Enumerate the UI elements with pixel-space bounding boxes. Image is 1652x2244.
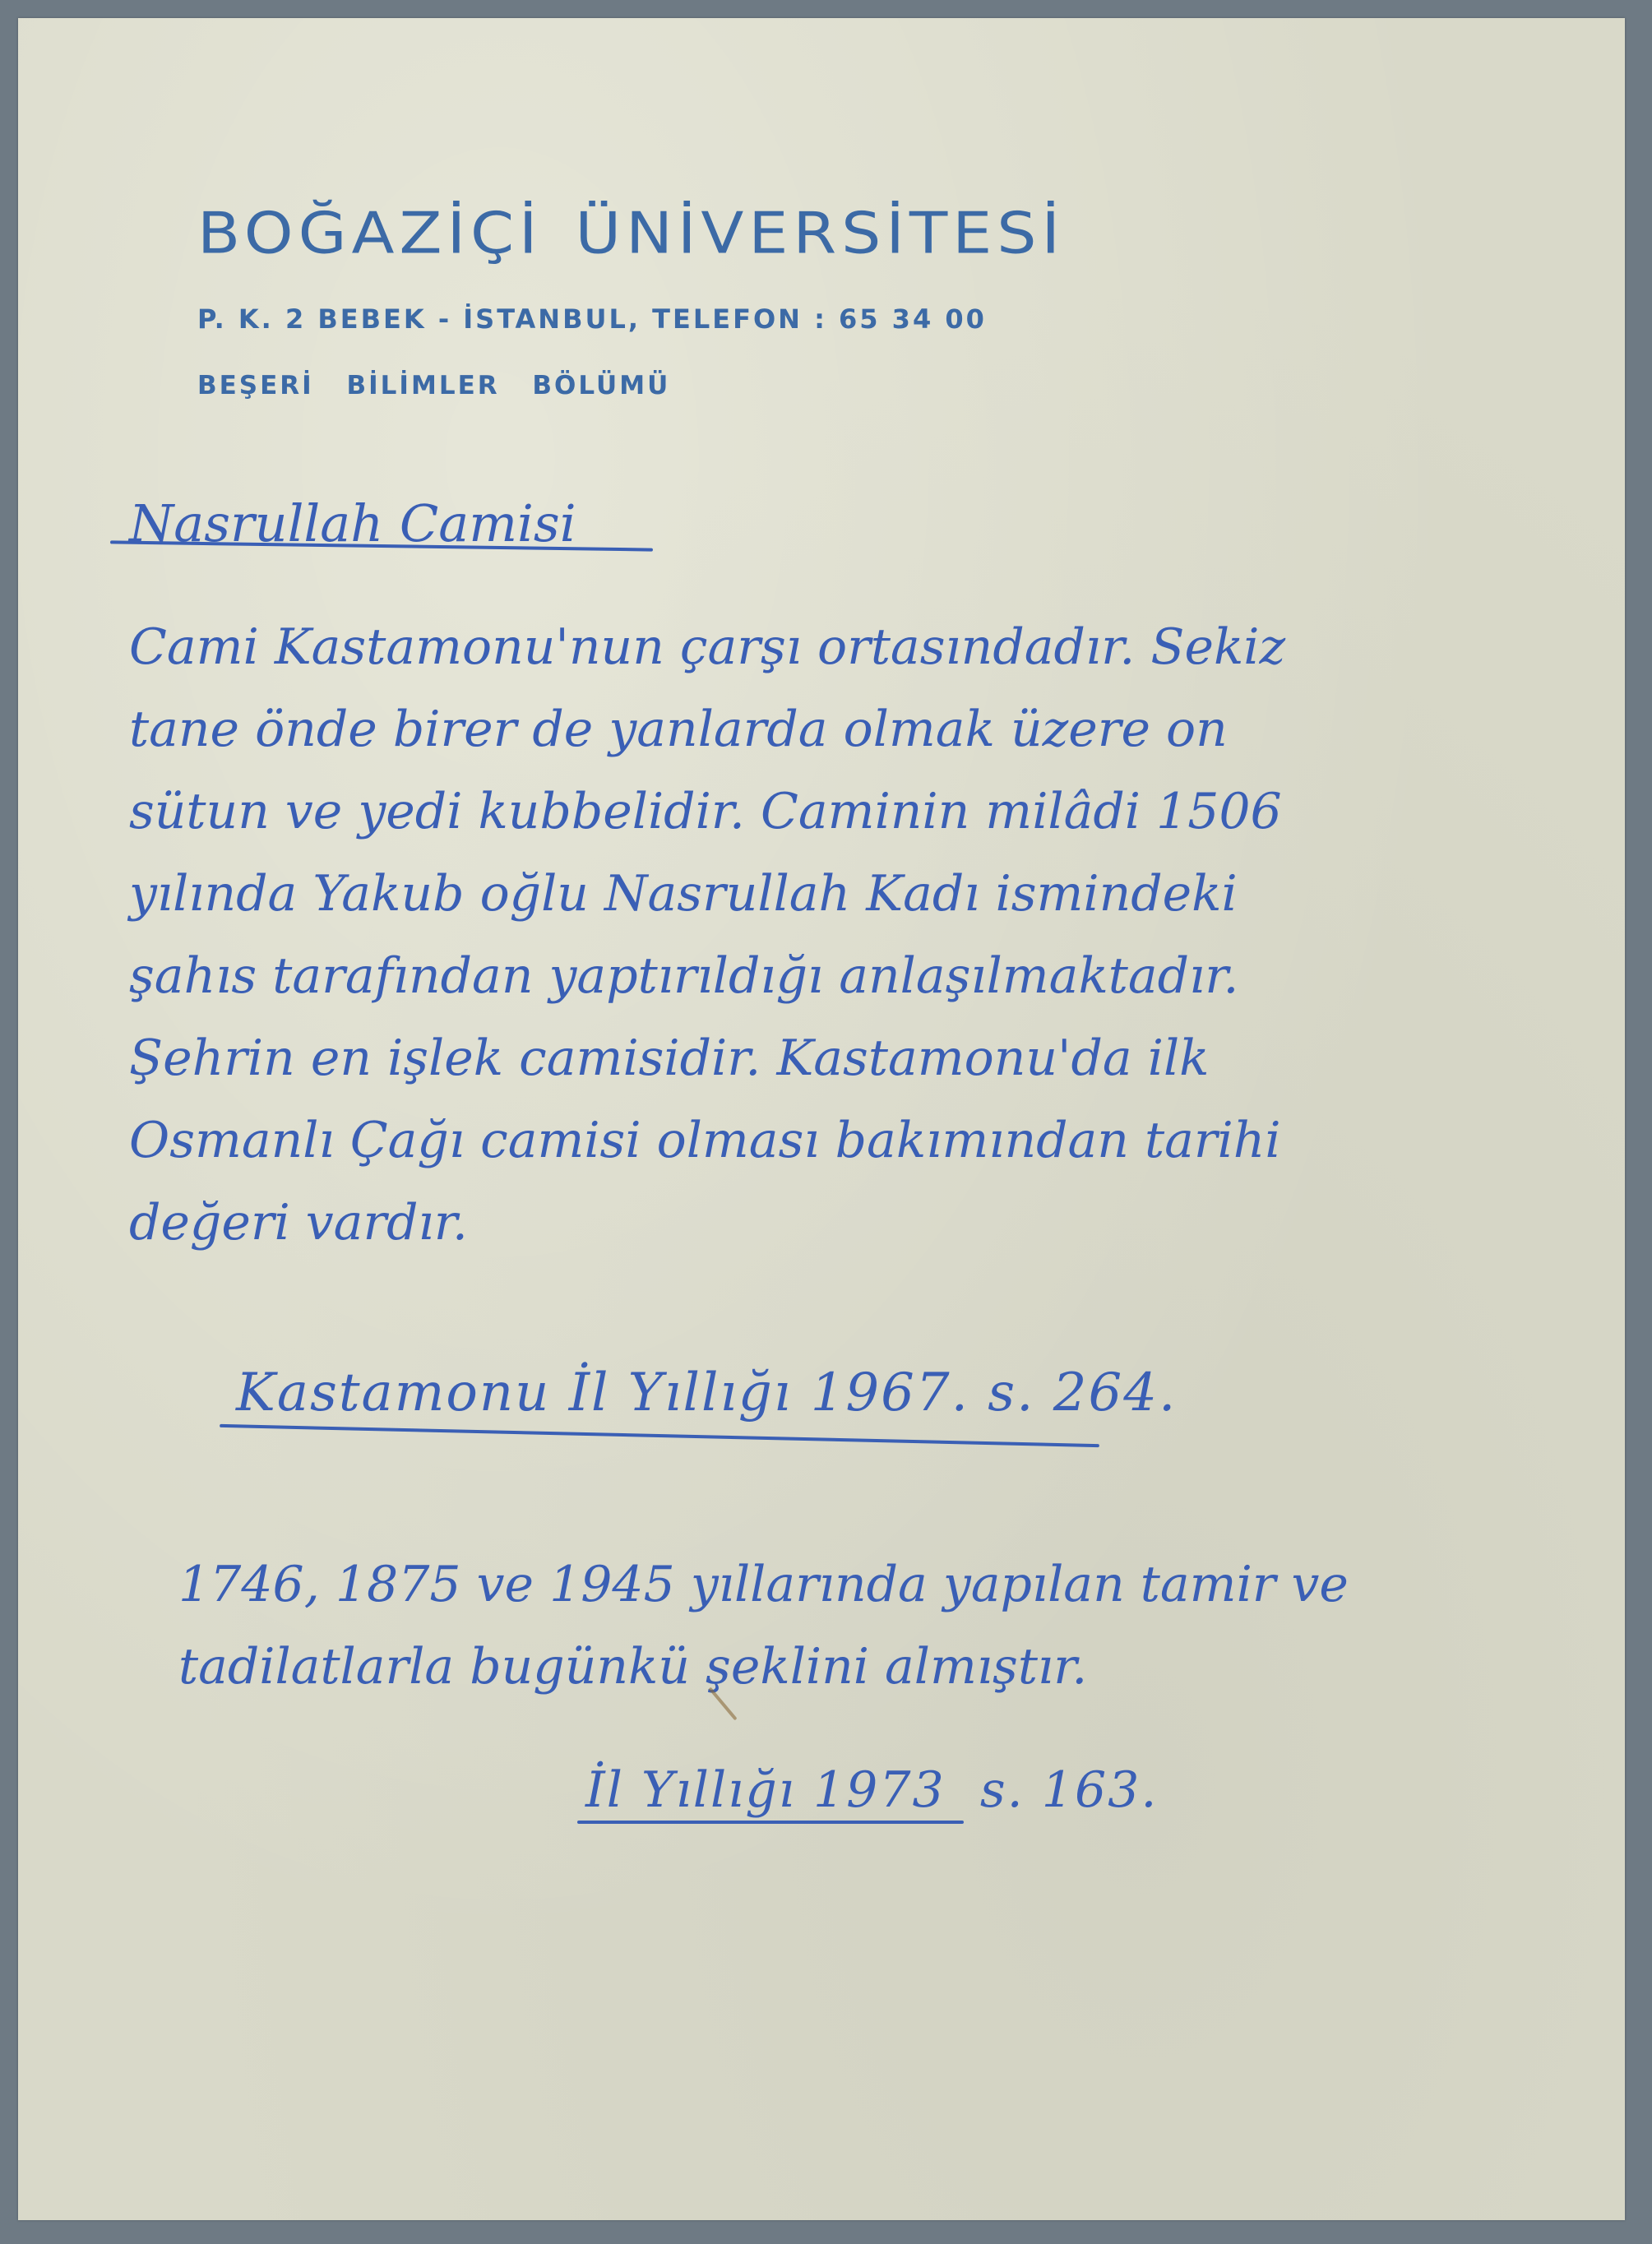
department-name: BEŞERİ BİLİMLER BÖLÜMÜ (197, 371, 1065, 400)
institution-word-1: BOĞAZİÇİ (197, 199, 542, 266)
citation-1: Kastamonu İl Yıllığı 1967. s. 264. (236, 1363, 1177, 1423)
letter-paper: BOĞAZİÇİÜNİVERSİTESİ P. K. 2 BEBEK - İST… (18, 18, 1625, 2220)
body-line: sütun ve yedi kubbelidir. Caminin milâdi… (129, 770, 1285, 853)
department-word: BÖLÜMÜ (532, 371, 670, 400)
body-line: yılında Yakub oğlu Nasrullah Kadı ismind… (129, 853, 1285, 935)
citation-1-page: . s. 264. (951, 1363, 1178, 1423)
department-word: BEŞERİ (197, 371, 314, 400)
body-line: Cami Kastamonu'nun çarşı ortasındadır. S… (129, 606, 1285, 688)
body-line: Şehrin en işlek camisidir. Kastamonu'da … (129, 1017, 1285, 1099)
body-line: değeri vardır. (129, 1182, 1285, 1264)
citation-1-source: Kastamonu İl Yıllığı 1967 (236, 1363, 951, 1423)
note-body: Cami Kastamonu'nun çarşı ortasındadır. S… (129, 606, 1285, 1264)
institution-word-2: ÜNİVERSİTESİ (575, 199, 1064, 266)
body-line: şahıs tarafından yaptırıldığı anlaşılmak… (129, 935, 1285, 1017)
department-word: BİLİMLER (347, 371, 500, 400)
body-line: Osmanlı Çağı camisi olması bakımından ta… (129, 1099, 1285, 1182)
citation-2-source: İl Yıllığı 1973 (585, 1761, 946, 1819)
citation-2-page: s. 163. (980, 1761, 1159, 1819)
institution-address: P. K. 2 BEBEK - İSTANBUL, TELEFON : 65 3… (197, 303, 1065, 335)
letterhead: BOĞAZİÇİÜNİVERSİTESİ P. K. 2 BEBEK - İST… (197, 199, 1065, 400)
citation-2: İl Yıllığı 1973 s. 163. (585, 1761, 1158, 1819)
body-line: tane önde birer de yanlarda olmak üzere … (129, 688, 1285, 770)
institution-name: BOĞAZİÇİÜNİVERSİTESİ (197, 199, 1065, 266)
restoration-line: tadilatlarla bugünkü şeklini almıştır. (178, 1626, 1349, 1708)
citation-1-underline (220, 1424, 1099, 1447)
restoration-note: 1746, 1875 ve 1945 yıllarında yapılan ta… (178, 1543, 1349, 1708)
citation-2-underline (577, 1821, 964, 1824)
restoration-line: 1746, 1875 ve 1945 yıllarında yapılan ta… (178, 1543, 1349, 1626)
